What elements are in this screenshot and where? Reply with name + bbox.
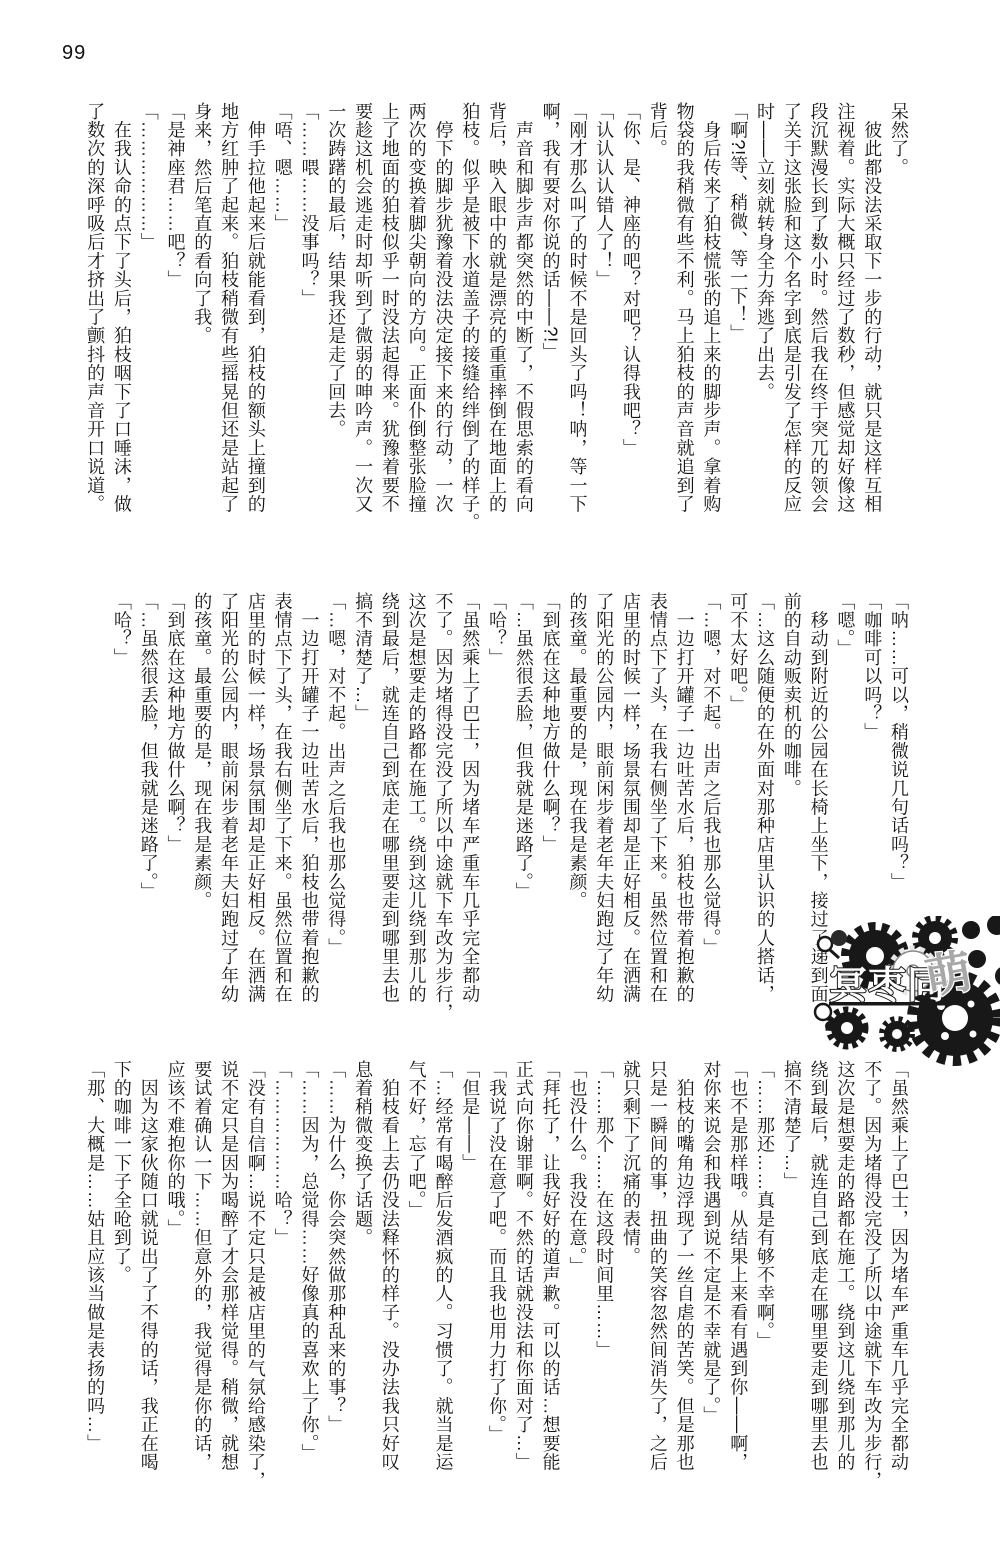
- text-block-bottom: 「虽然乘上了巴士，因为堵车严重车几乎完全都动 不了。因为堵得没完没了所以中途就下…: [81, 1060, 912, 1528]
- halftone-dot: [941, 1032, 949, 1040]
- doujinshi-novel-page: 99 呆然了。 彼此都没法采取下一步的行动，就只是这样互相 注视着。实际大概只经…: [0, 0, 1000, 1562]
- scanlation-group-watermark: 冥枣同 萌: [813, 916, 1000, 1066]
- page-number: 99: [62, 42, 86, 65]
- text-block-middle: 「呐……可以，稍微说几句话吗？」 「咖啡可以吗？」 「嗯。」 移动到附近的公园在…: [108, 592, 912, 1057]
- halftone-dot: [968, 1001, 975, 1008]
- text-block-top: 呆然了。 彼此都没法采取下一步的行动，就只是这样互相 注视着。实际大概只经过了数…: [81, 102, 912, 567]
- gear-icon: [882, 1019, 912, 1049]
- halftone-dot: [970, 1031, 977, 1038]
- watermark-text-accent: 萌: [921, 944, 975, 1003]
